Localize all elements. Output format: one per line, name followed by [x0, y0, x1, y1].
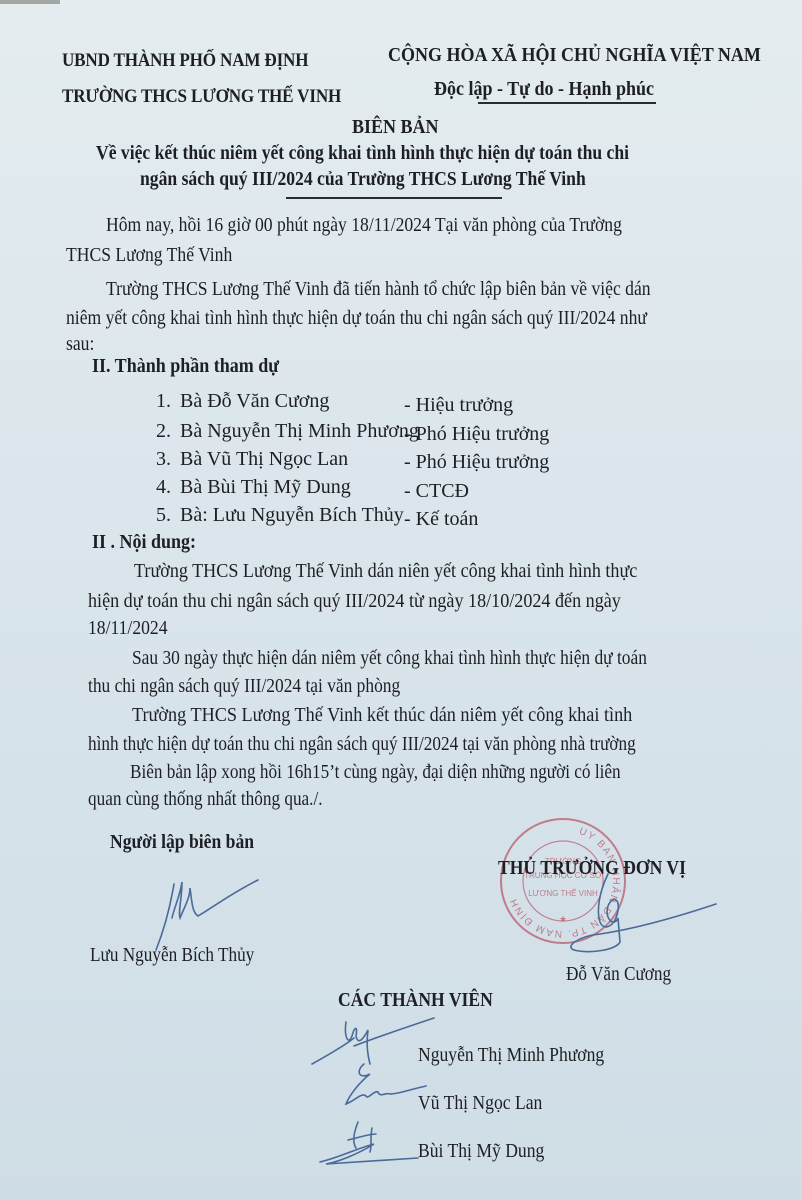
member-name-3: Bùi Thị Mỹ Dung: [418, 1140, 544, 1163]
participant-name: Bà Nguyễn Thị Minh Phương: [180, 420, 419, 443]
content-p3-line2: hình thực hiện dự toán thu chi ngân sách…: [88, 733, 636, 756]
document-page: UBND THÀNH PHỐ NAM ĐỊNH TRƯỜNG THCS LƯƠN…: [0, 0, 802, 1200]
content-p1-line2: hiện dự toán thu chi ngân sách quý III/2…: [88, 590, 621, 613]
intro-p2-line3: sau:: [66, 333, 94, 356]
agency-name: UBND THÀNH PHỐ NAM ĐỊNH: [62, 50, 308, 72]
intro-p1-line2: THCS Lương Thế Vinh: [66, 244, 232, 267]
national-motto: Độc lập - Tự do - Hạnh phúc: [434, 78, 654, 101]
document-title: BIÊN BẢN: [352, 116, 439, 139]
motto-underline: [478, 102, 656, 104]
member-signature-3-icon: [318, 1118, 428, 1168]
preparer-title: Người lập biên bản: [110, 831, 254, 854]
member-name-2: Vũ Thị Ngọc Lan: [418, 1092, 542, 1115]
intro-p1-line1: Hôm nay, hồi 16 giờ 00 phút ngày 18/11/2…: [106, 214, 622, 237]
participant-role: - CTCĐ: [404, 480, 469, 503]
participant-number: 2.: [156, 420, 171, 443]
content-p1-line3: 18/11/2024: [88, 617, 168, 640]
content-p2-line2: thu chi ngân sách quý III/2024 tại văn p…: [88, 675, 400, 698]
intro-p2-line2: niêm yết công khai tình hình thực hiện d…: [66, 307, 647, 330]
content-heading: II . Nội dung:: [92, 531, 196, 554]
intro-p2-line1: Trường THCS Lương Thế Vinh đã tiến hành …: [106, 278, 651, 301]
content-p4-line1: Biên bản lập xong hồi 16h15’t cùng ngày,…: [130, 761, 621, 784]
participant-name: Bà Bùi Thị Mỹ Dung: [180, 476, 351, 499]
head-of-unit-name: Đỗ Văn Cương: [566, 963, 671, 986]
head-signature-icon: [560, 870, 720, 960]
participant-number: 5.: [156, 504, 171, 527]
participant-number: 4.: [156, 476, 171, 499]
participant-role: - Kế toán: [404, 508, 478, 531]
participant-role: - Hiệu trưởng: [404, 394, 513, 417]
content-p2-line1: Sau 30 ngày thực hiện dán niêm yết công …: [132, 647, 647, 670]
preparer-name: Lưu Nguyễn Bích Thủy: [90, 944, 254, 967]
participant-role: - Phó Hiệu trưởng: [404, 423, 549, 446]
national-title: CỘNG HÒA XÃ HỘI CHỦ NGHĨA VIỆT NAM: [388, 44, 761, 67]
photo-edge-shadow: [0, 0, 60, 4]
content-p3-line1: Trường THCS Lương Thế Vinh kết thúc dán …: [132, 704, 632, 727]
participant-name: Bà Đỗ Văn Cương: [180, 390, 329, 413]
school-name: TRƯỜNG THCS LƯƠNG THẾ VINH: [62, 86, 341, 108]
participant-number: 1.: [156, 390, 171, 413]
participant-number: 3.: [156, 448, 171, 471]
member-signature-2-icon: [330, 1060, 430, 1110]
participant-name: Bà: Lưu Nguyễn Bích Thủy: [180, 504, 404, 527]
members-title: CÁC THÀNH VIÊN: [338, 989, 493, 1012]
content-p1-line1: Trường THCS Lương Thế Vinh dán niên yết …: [134, 560, 637, 583]
participants-heading: II. Thành phần tham dự: [92, 355, 279, 378]
title-rule: [286, 197, 502, 199]
document-subtitle-line2: ngân sách quý III/2024 của Trường THCS L…: [140, 168, 586, 191]
participant-name: Bà Vũ Thị Ngọc Lan: [180, 448, 348, 471]
participant-role: - Phó Hiệu trưởng: [404, 451, 549, 474]
document-subtitle-line1: Về việc kết thúc niêm yết công khai tình…: [96, 142, 629, 165]
content-p4-line2: quan cùng thống nhất thông qua./.: [88, 788, 323, 811]
member-name-1: Nguyễn Thị Minh Phương: [418, 1044, 604, 1067]
